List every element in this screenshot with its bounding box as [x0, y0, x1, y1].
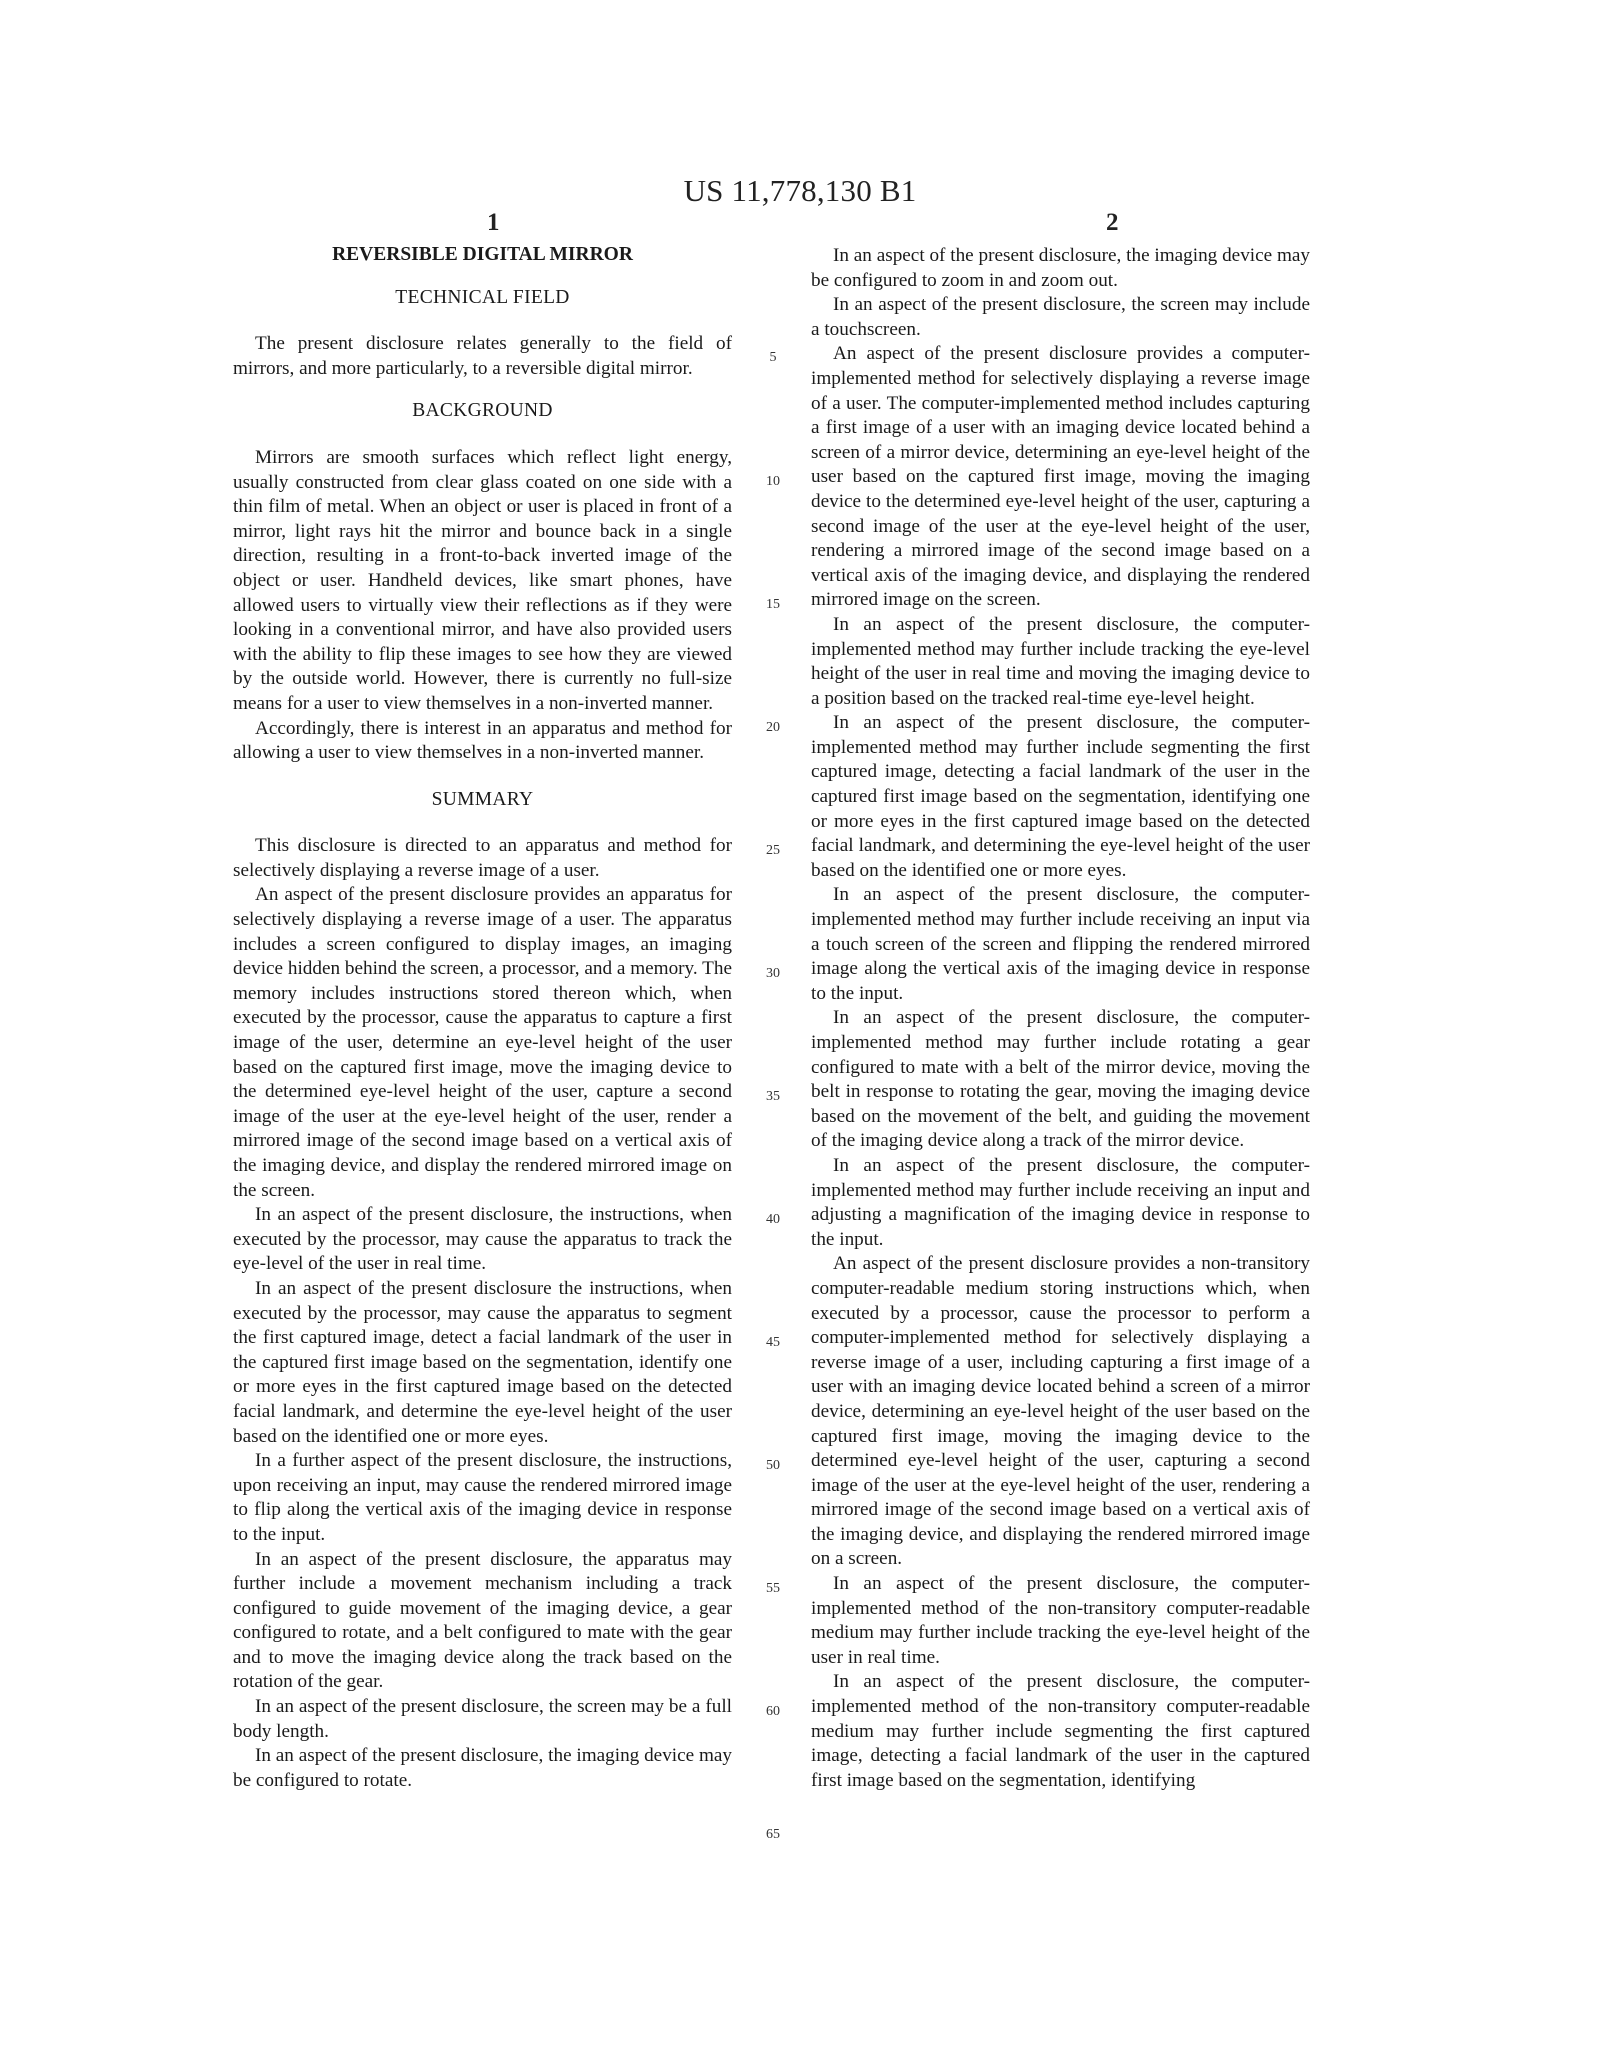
- line-number: 5: [758, 350, 788, 366]
- line-number: 50: [758, 1458, 788, 1474]
- paragraph: In an aspect of the present disclosure, …: [811, 1006, 1310, 1154]
- paragraph: In an aspect of the present disclosure, …: [811, 613, 1310, 711]
- paragraph: In an aspect of the present disclosure, …: [811, 883, 1310, 1006]
- paragraph: An aspect of the present disclosure prov…: [233, 883, 732, 1203]
- line-number: 35: [758, 1089, 788, 1105]
- left-column: REVERSIBLE DIGITAL MIRROR TECHNICAL FIEL…: [233, 243, 732, 1793]
- line-number: 65: [758, 1827, 788, 1843]
- patent-number: US 11,778,130 B1: [0, 173, 1600, 209]
- paragraph: In an aspect of the present disclosure, …: [811, 1670, 1310, 1793]
- paragraph: In an aspect of the present disclosure, …: [233, 1744, 732, 1793]
- section-heading-summary: SUMMARY: [233, 788, 732, 813]
- line-number: 45: [758, 1335, 788, 1351]
- document-title: REVERSIBLE DIGITAL MIRROR: [233, 243, 732, 268]
- paragraph: In an aspect of the present disclosure, …: [811, 711, 1310, 883]
- paragraph: In an aspect of the present disclosure, …: [233, 1548, 732, 1696]
- column-number-right: 2: [1106, 209, 1119, 237]
- line-number: 55: [758, 1581, 788, 1597]
- paragraph: Accordingly, there is interest in an app…: [233, 717, 732, 766]
- line-number: 15: [758, 597, 788, 613]
- paragraph: In an aspect of the present disclosure, …: [233, 1695, 732, 1744]
- paragraph: In an aspect of the present disclosure t…: [233, 1277, 732, 1449]
- line-number: 10: [758, 474, 788, 490]
- paragraph: In an aspect of the present disclosure, …: [811, 1154, 1310, 1252]
- paragraph: The present disclosure relates generally…: [233, 332, 732, 381]
- right-column: In an aspect of the present disclosure, …: [811, 244, 1310, 1793]
- paragraph: In an aspect of the present disclosure, …: [811, 1572, 1310, 1670]
- paragraph: An aspect of the present disclosure prov…: [811, 342, 1310, 613]
- paragraph: In an aspect of the present disclosure, …: [811, 244, 1310, 293]
- paragraph: In a further aspect of the present discl…: [233, 1449, 732, 1547]
- column-number-left: 1: [487, 209, 500, 237]
- paragraph: In an aspect of the present disclosure, …: [233, 1203, 732, 1277]
- line-number: 40: [758, 1212, 788, 1228]
- line-number: 60: [758, 1704, 788, 1720]
- paragraph: Mirrors are smooth surfaces which reflec…: [233, 446, 732, 717]
- paragraph: An aspect of the present disclosure prov…: [811, 1252, 1310, 1572]
- line-number: 30: [758, 966, 788, 982]
- line-number: 25: [758, 843, 788, 859]
- line-number: 20: [758, 720, 788, 736]
- paragraph: In an aspect of the present disclosure, …: [811, 293, 1310, 342]
- paragraph: This disclosure is directed to an appara…: [233, 834, 732, 883]
- section-heading-background: BACKGROUND: [233, 399, 732, 424]
- section-heading-technical-field: TECHNICAL FIELD: [233, 286, 732, 311]
